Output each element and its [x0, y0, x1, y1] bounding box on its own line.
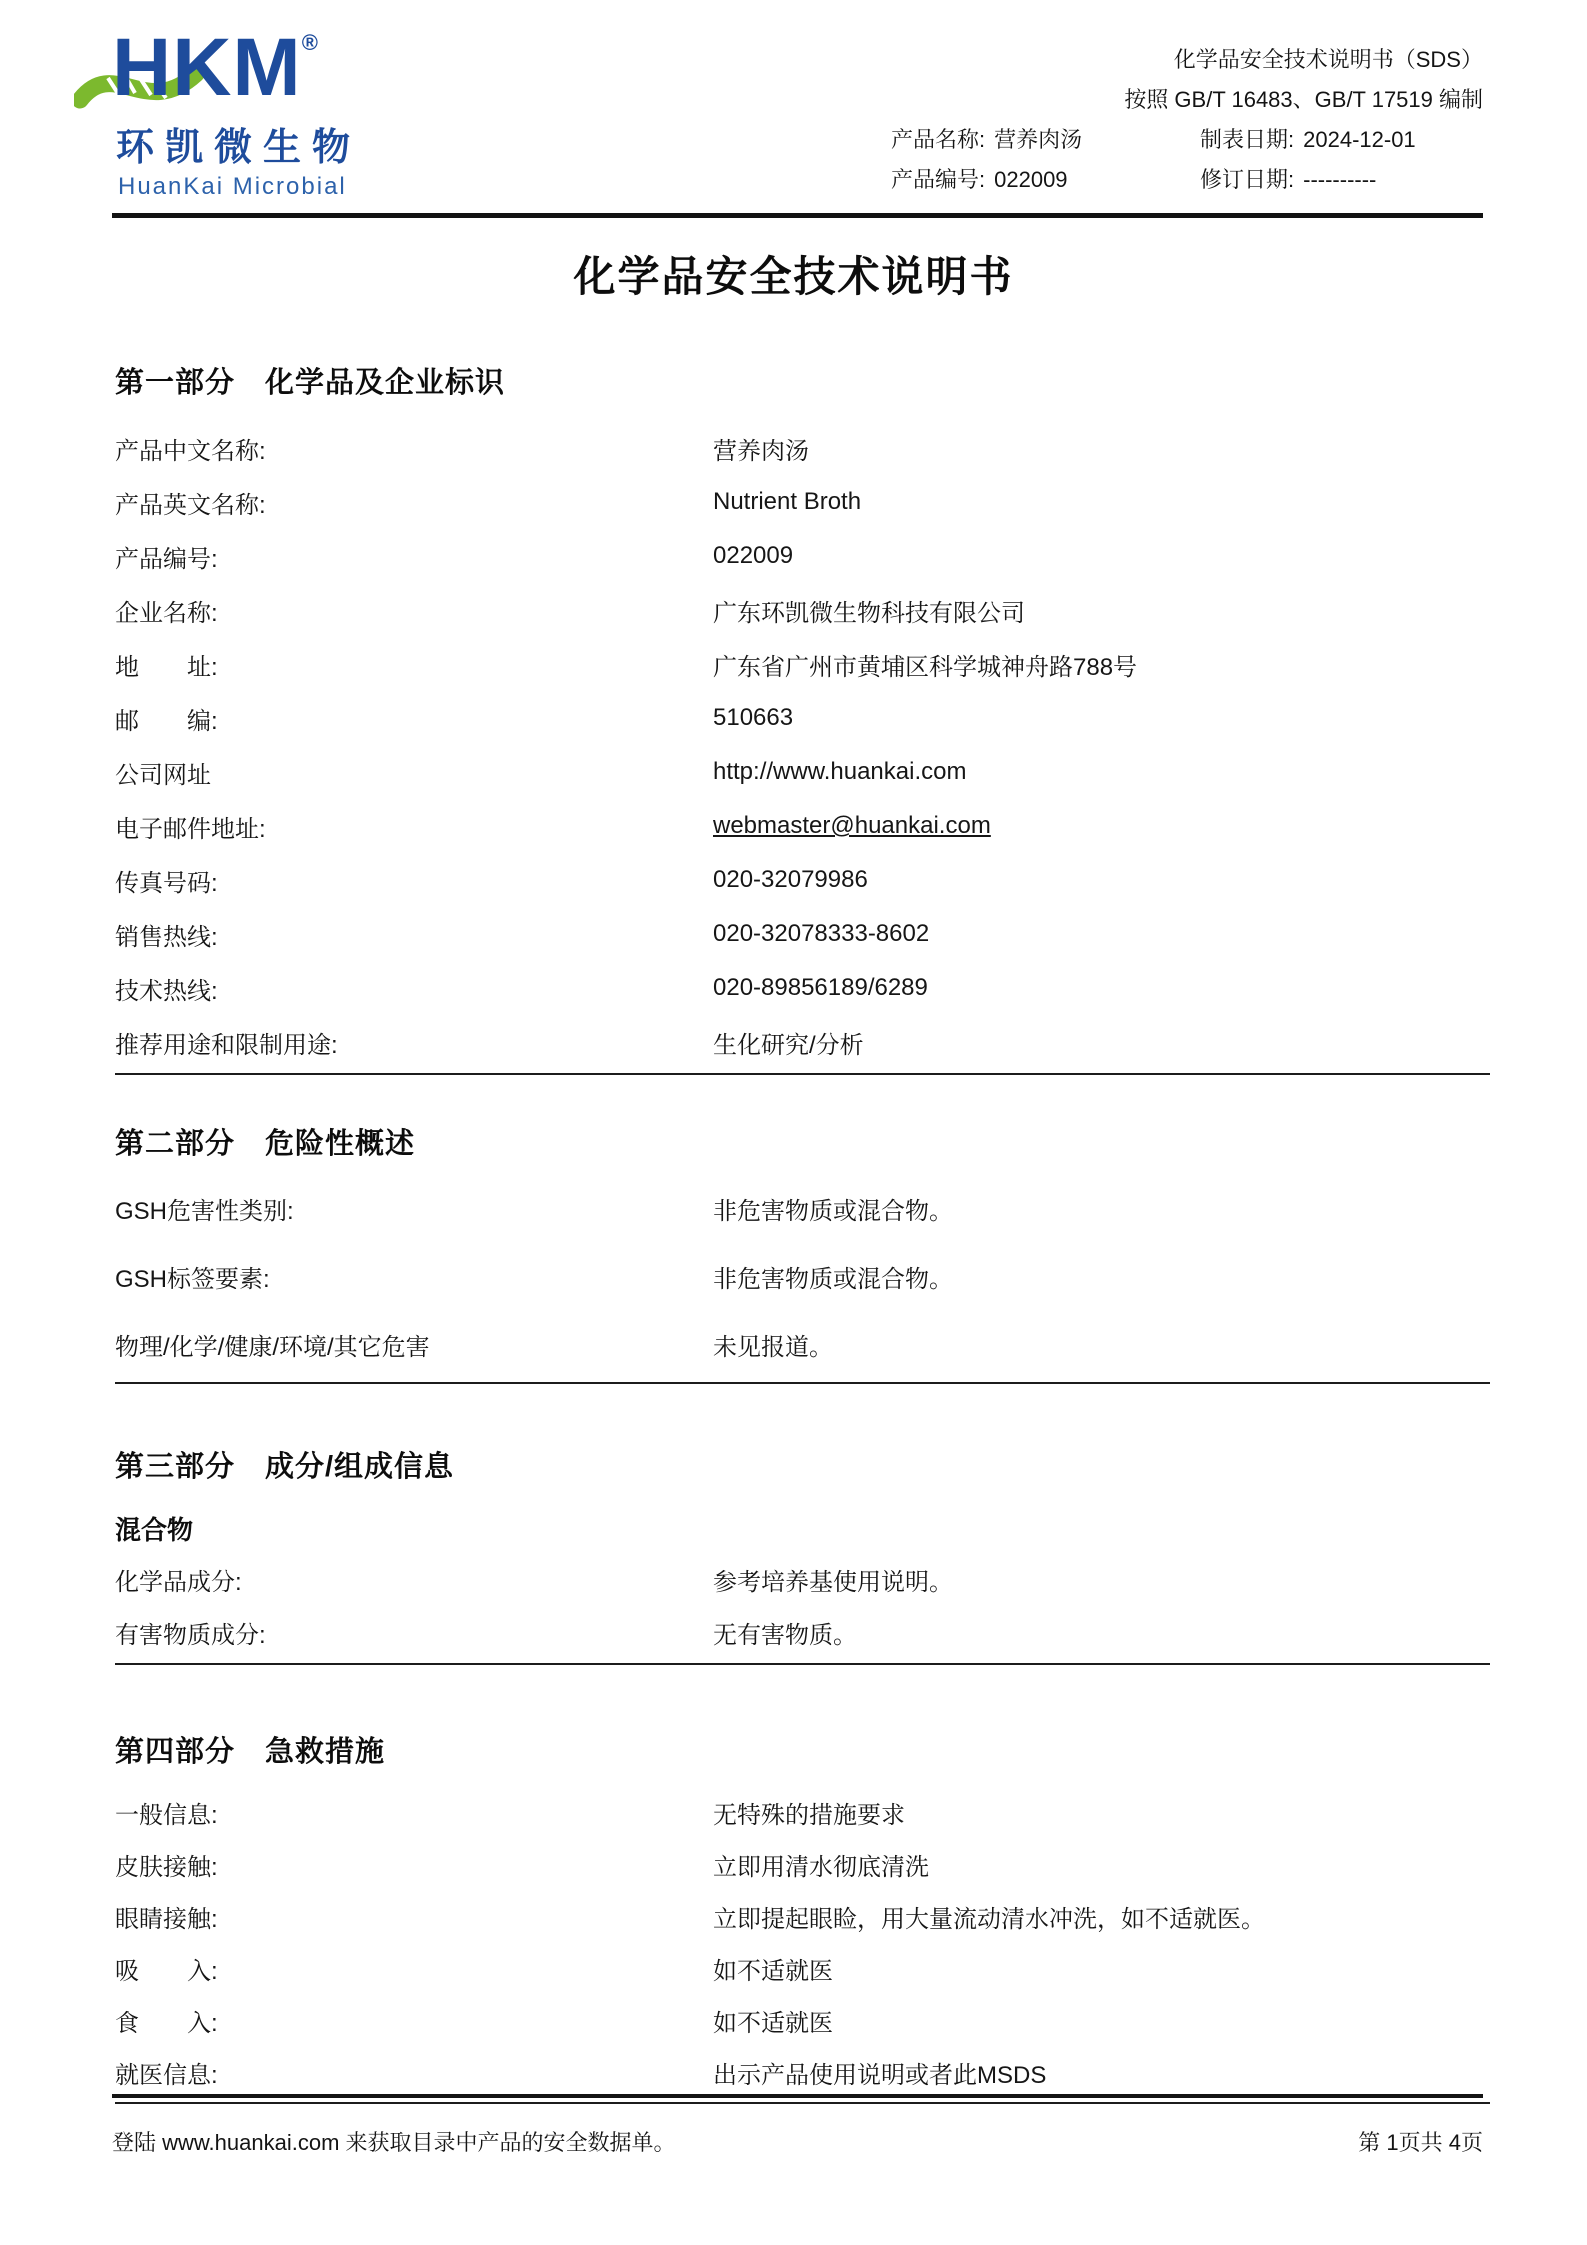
section-1-heading: 第一部分 化学品及企业标识: [115, 360, 1490, 401]
field-row: 吸 入: 如不适就医: [115, 1942, 1490, 1994]
section-4-rows: 一般信息: 无特殊的措施要求 皮肤接触: 立即用清水彻底清洗 眼睛接触: 立即提…: [115, 1786, 1490, 2098]
section-4-heading: 第四部分 急救措施: [115, 1729, 1490, 1770]
field-value: 无有害物质。: [713, 1615, 1490, 1650]
field-value: 020-89856189/6289: [713, 974, 1490, 1002]
field-label: 产品英文名称:: [115, 485, 713, 520]
field-label: 食 入:: [115, 2003, 713, 2038]
registered-trademark-icon: ®: [302, 30, 318, 56]
product-code-value: 022009: [994, 160, 1067, 200]
header-divider: [112, 213, 1483, 218]
header-meta-row-1: 产品名称: 营养肉汤 制表日期: 2024-12-01: [891, 120, 1483, 160]
field-row: GSH危害性类别: 非危害物质或混合物。: [115, 1174, 1490, 1242]
field-label: 公司网址: [115, 755, 713, 790]
revision-date-value: ----------: [1303, 160, 1376, 200]
field-row: 销售热线: 020-32078333-8602: [115, 907, 1490, 961]
field-value: 生化研究/分析: [713, 1025, 1490, 1060]
field-value: 立即用清水彻底清洗: [713, 1847, 1490, 1882]
section-divider: [115, 1073, 1490, 1075]
field-value: 未见报道。: [713, 1327, 1490, 1362]
field-label: 邮 编:: [115, 701, 713, 736]
field-value: 广东环凯微生物科技有限公司: [713, 593, 1490, 628]
field-value: 020-32078333-8602: [713, 920, 1490, 948]
field-label: 吸 入:: [115, 1951, 713, 1986]
field-label: 产品编号:: [115, 539, 713, 574]
field-label: 物理/化学/健康/环境/其它危害: [115, 1327, 713, 1362]
field-value: Nutrient Broth: [713, 488, 1490, 516]
header-meta-block: 化学品安全技术说明书（SDS） 按照 GB/T 16483、GB/T 17519…: [891, 22, 1483, 200]
field-value: 参考培养基使用说明。: [713, 1562, 1490, 1597]
field-row: 皮肤接触: 立即用清水彻底清洗: [115, 1838, 1490, 1890]
field-row: 物理/化学/健康/环境/其它危害 未见报道。: [115, 1310, 1490, 1378]
field-row: 推荐用途和限制用途: 生化研究/分析: [115, 1015, 1490, 1069]
section-divider: [115, 1663, 1490, 1665]
product-code-label: 产品编号:: [891, 160, 985, 200]
field-label: 企业名称:: [115, 593, 713, 628]
field-value: 广东省广州市黄埔区科学城神舟路788号: [713, 647, 1490, 682]
section-3-rows: 化学品成分: 参考培养基使用说明。 有害物质成分: 无有害物质。: [115, 1553, 1490, 1659]
field-value: 022009: [713, 542, 1490, 570]
field-value: 如不适就医: [713, 2003, 1490, 2038]
brand-name-english: HuanKai Microbial: [88, 173, 468, 201]
field-label: 一般信息:: [115, 1795, 713, 1830]
doc-type-line: 化学品安全技术说明书（SDS）: [891, 40, 1483, 80]
header-meta-row-2: 产品编号: 022009 修订日期: ----------: [891, 160, 1483, 200]
section-2-heading: 第二部分 危险性概述: [115, 1121, 1490, 1162]
email-link[interactable]: webmaster@huankai.com: [713, 812, 1490, 840]
field-label: 眼睛接触:: [115, 1899, 713, 1934]
product-name-value: 营养肉汤: [994, 120, 1082, 160]
field-row: 产品英文名称: Nutrient Broth: [115, 475, 1490, 529]
field-row: 化学品成分: 参考培养基使用说明。: [115, 1553, 1490, 1606]
created-date-label: 制表日期:: [1200, 120, 1294, 160]
field-value: 020-32079986: [713, 866, 1490, 894]
sds-document-page: HKM ® 环凯微生物 HuanKai Microbial 化学品安全技术说明书…: [0, 0, 1587, 2245]
field-row: 邮 编: 510663: [115, 691, 1490, 745]
field-label: 销售热线:: [115, 917, 713, 952]
brand-letters: HKM: [112, 22, 302, 114]
field-row: 传真号码: 020-32079986: [115, 853, 1490, 907]
document-body: 第一部分 化学品及企业标识 产品中文名称: 营养肉汤 产品英文名称: Nutri…: [0, 360, 1587, 2104]
field-row: GSH标签要素: 非危害物质或混合物。: [115, 1242, 1490, 1310]
field-value: 立即提起眼睑，用大量流动清水冲洗，如不适就医。: [713, 1899, 1490, 1934]
section-3-heading: 第三部分 成分/组成信息: [115, 1444, 1490, 1485]
field-row: 企业名称: 广东环凯微生物科技有限公司: [115, 583, 1490, 637]
hkm-logo-wordmark: HKM ®: [88, 22, 468, 114]
field-value: 非危害物质或混合物。: [713, 1191, 1490, 1226]
created-date-value: 2024-12-01: [1303, 120, 1416, 160]
field-row: 一般信息: 无特殊的措施要求: [115, 1786, 1490, 1838]
field-row: 技术热线: 020-89856189/6289: [115, 961, 1490, 1015]
section-2-rows: GSH危害性类别: 非危害物质或混合物。 GSH标签要素: 非危害物质或混合物。…: [115, 1174, 1490, 1378]
standard-note-line: 按照 GB/T 16483、GB/T 17519 编制: [891, 80, 1483, 120]
footer-note: 登陆 www.huankai.com 来获取目录中产品的安全数据单。: [112, 2126, 676, 2157]
product-name-label: 产品名称:: [891, 120, 985, 160]
field-value: 如不适就医: [713, 1951, 1490, 1986]
field-row: 公司网址 http://www.huankai.com: [115, 745, 1490, 799]
field-label: 化学品成分:: [115, 1562, 713, 1597]
field-label: 产品中文名称:: [115, 431, 713, 466]
field-label: 技术热线:: [115, 971, 713, 1006]
website-url: http://www.huankai.com: [713, 758, 1490, 786]
field-value: 营养肉汤: [713, 431, 1490, 466]
hkm-logo: HKM ® 环凯微生物 HuanKai Microbial: [88, 22, 468, 201]
field-label: 有害物质成分:: [115, 1615, 713, 1650]
field-row: 产品编号: 022009: [115, 529, 1490, 583]
field-row: 眼睛接触: 立即提起眼睑，用大量流动清水冲洗，如不适就医。: [115, 1890, 1490, 1942]
field-label: 电子邮件地址:: [115, 809, 713, 844]
page-number: 第 1页共 4页: [1358, 2126, 1483, 2157]
page-footer: 登陆 www.huankai.com 来获取目录中产品的安全数据单。 第 1页共…: [112, 2094, 1483, 2157]
page-title: 化学品安全技术说明书: [0, 244, 1587, 304]
mixture-subheading: 混合物: [115, 1503, 1490, 1553]
field-label: 推荐用途和限制用途:: [115, 1025, 713, 1060]
field-row: 食 入: 如不适就医: [115, 1994, 1490, 2046]
document-header: HKM ® 环凯微生物 HuanKai Microbial 化学品安全技术说明书…: [0, 0, 1587, 201]
field-label: GSH危害性类别:: [115, 1191, 713, 1226]
field-label: 地 址:: [115, 647, 713, 682]
field-label: 传真号码:: [115, 863, 713, 898]
field-row: 就医信息: 出示产品使用说明或者此MSDS: [115, 2046, 1490, 2098]
field-value: 无特殊的措施要求: [713, 1795, 1490, 1830]
section-1-rows: 产品中文名称: 营养肉汤 产品英文名称: Nutrient Broth 产品编号…: [115, 421, 1490, 1069]
field-value: 510663: [713, 704, 1490, 732]
field-value: 出示产品使用说明或者此MSDS: [713, 2055, 1490, 2090]
revision-date-label: 修订日期:: [1200, 160, 1294, 200]
field-label: GSH标签要素:: [115, 1259, 713, 1294]
field-value: 非危害物质或混合物。: [713, 1259, 1490, 1294]
field-row: 电子邮件地址: webmaster@huankai.com: [115, 799, 1490, 853]
field-row: 地 址: 广东省广州市黄埔区科学城神舟路788号: [115, 637, 1490, 691]
field-label: 就医信息:: [115, 2055, 713, 2090]
field-row: 产品中文名称: 营养肉汤: [115, 421, 1490, 475]
field-label: 皮肤接触:: [115, 1847, 713, 1882]
section-divider: [115, 1382, 1490, 1384]
field-row: 有害物质成分: 无有害物质。: [115, 1606, 1490, 1659]
